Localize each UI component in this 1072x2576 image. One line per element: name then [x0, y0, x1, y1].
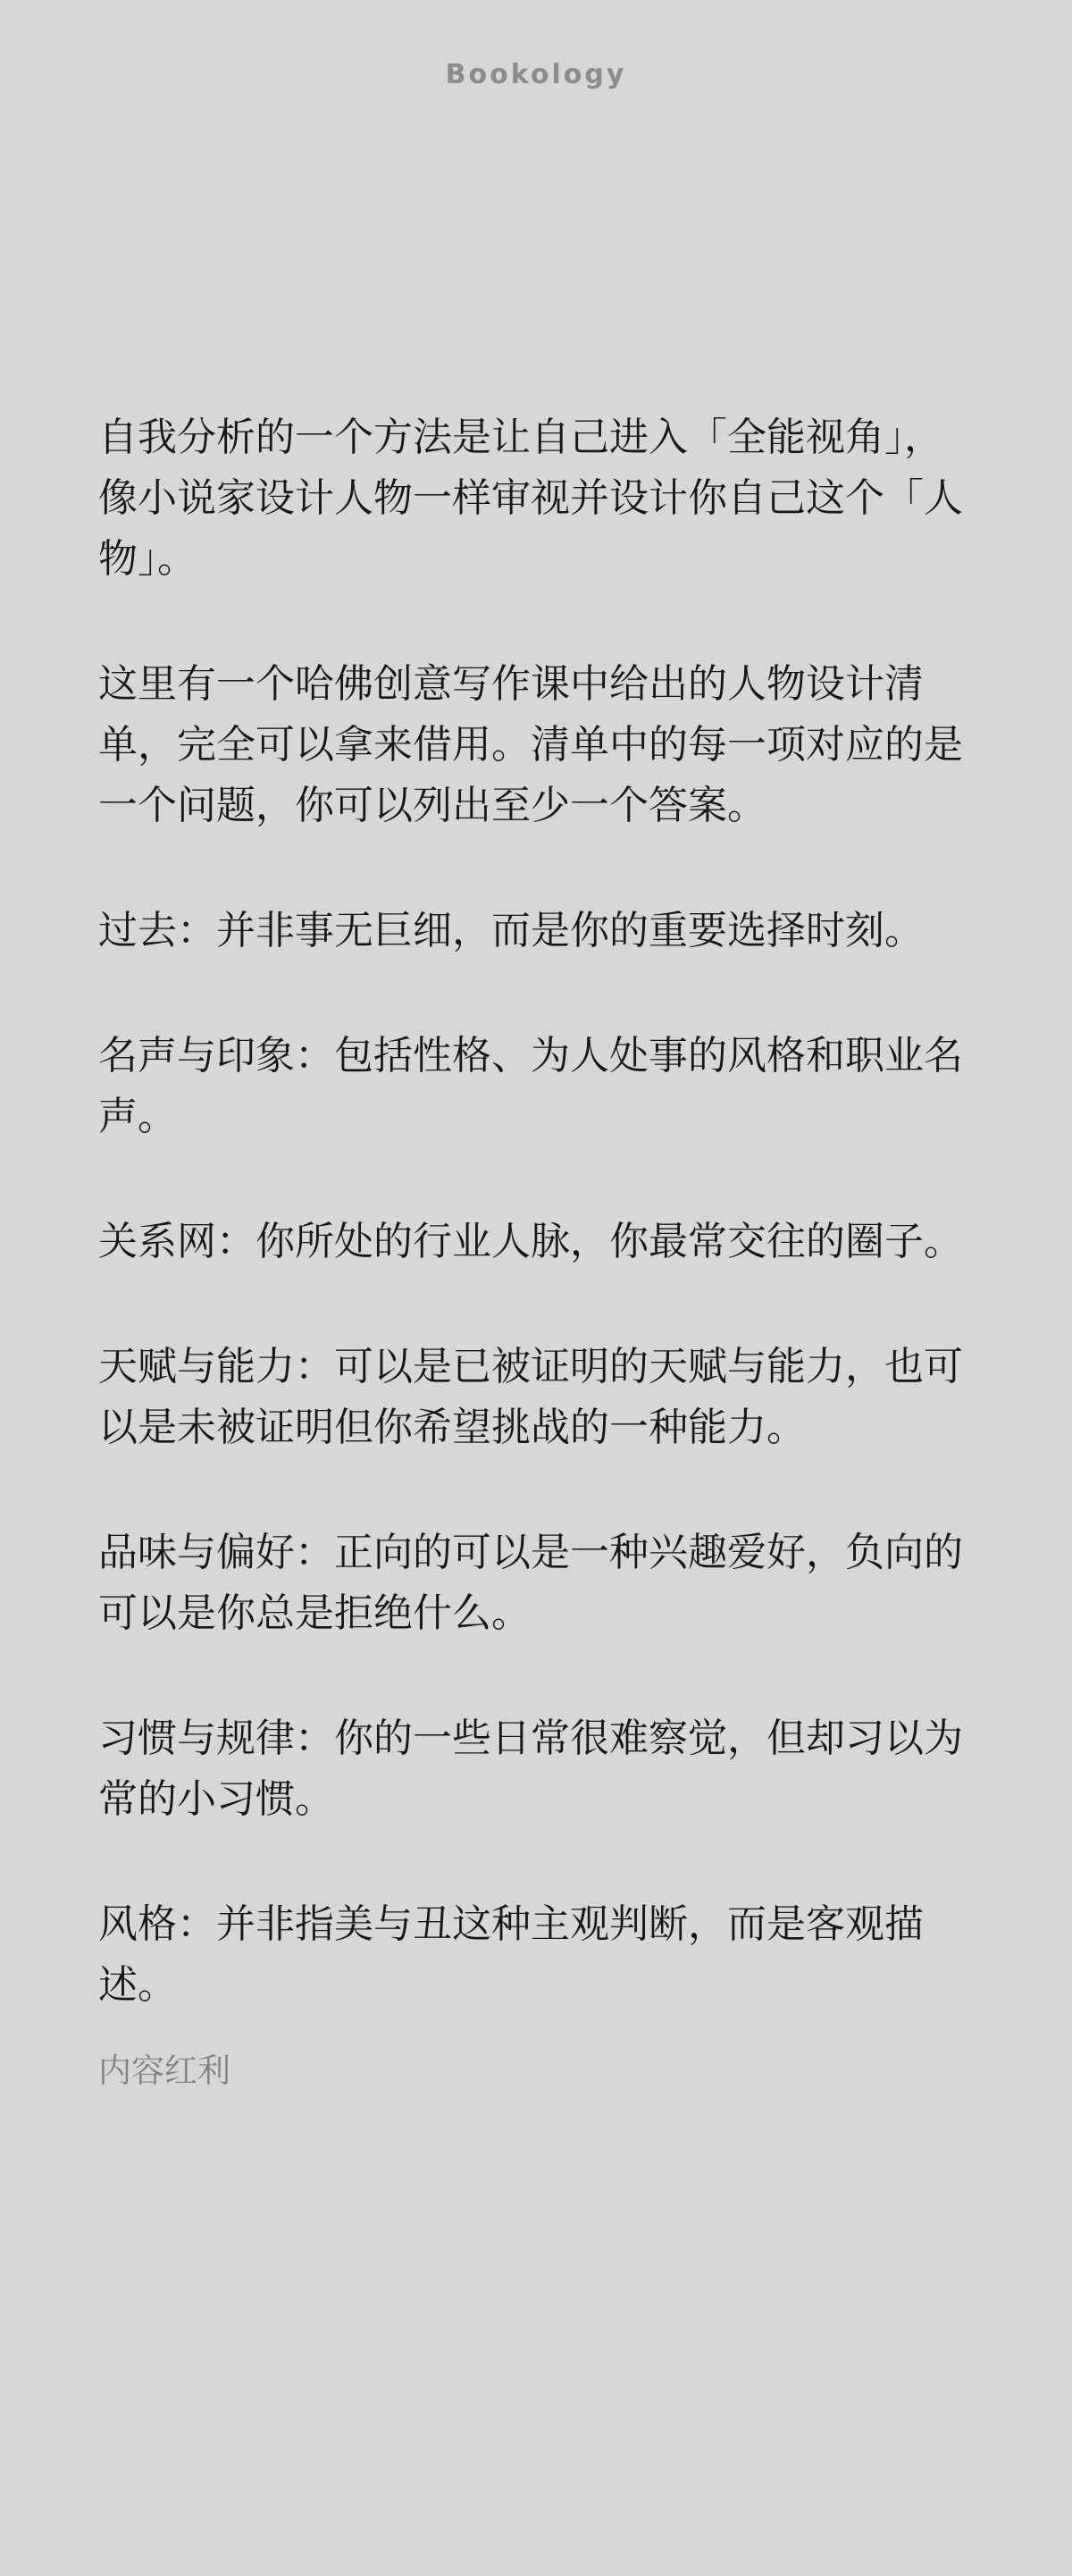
article-body: 自我分析的一个方法是让自己进入「全能视角」，像小说家设计人物一样审视并设计你自己… — [98, 407, 974, 2016]
paragraph: 风格：并非指美与丑这种主观判断，而是客观描述。 — [98, 1894, 974, 2016]
paragraph: 关系网：你所处的行业人脉，你最常交往的圈子。 — [98, 1212, 974, 1272]
brand-logo: Bookology — [0, 0, 1072, 91]
paragraph: 自我分析的一个方法是让自己进入「全能视角」，像小说家设计人物一样审视并设计你自己… — [98, 407, 974, 590]
paragraph: 这里有一个哈佛创意写作课中给出的人物设计清单，完全可以拿来借用。清单中的每一项对… — [98, 654, 974, 836]
paragraph: 过去：并非事无巨细，而是你的重要选择时刻。 — [98, 901, 974, 961]
caption-watermark: 内容红利 — [98, 2052, 974, 2091]
paragraph: 品味与偏好：正向的可以是一种兴趣爱好，负向的可以是你总是拒绝什么。 — [98, 1523, 974, 1644]
paragraph: 名声与印象：包括性格、为人处事的风格和职业名声。 — [98, 1026, 974, 1147]
paragraph: 天赋与能力：可以是已被证明的天赋与能力，也可以是未被证明但你希望挑战的一种能力。 — [98, 1337, 974, 1458]
paragraph: 习惯与规律：你的一些日常很难察觉，但却习以为常的小习惯。 — [98, 1708, 974, 1830]
page-header: Bookology — [0, 0, 1072, 91]
